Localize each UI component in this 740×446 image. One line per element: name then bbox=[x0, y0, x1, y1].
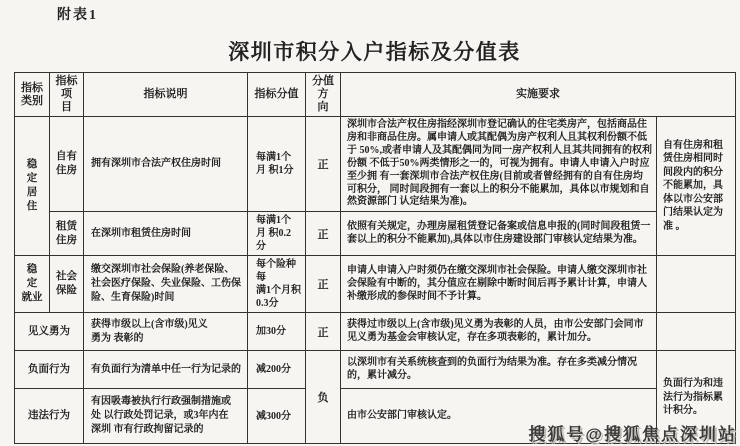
cell-category-negative-behavior: 负面行为 bbox=[15, 351, 84, 389]
cell-score: 减300分 bbox=[248, 389, 306, 444]
cell-requirement: 依照有关规定，办理房屋租赁登记备案或信息申报的(同时间段租赁一 套以上的积分不能… bbox=[341, 212, 657, 256]
cell-direction: 正 bbox=[306, 313, 341, 351]
table-row: 稳 定 居 住 自有 住房 拥有深圳市合法产权住房时间 每满1个 月 积1分 正… bbox=[15, 117, 736, 212]
score-table: 指标 类别 指标 项 目 指标说明 指标分值 分值 方 向 实施要求 稳 定 居… bbox=[14, 72, 736, 444]
cell-direction-negative: 负 bbox=[306, 351, 341, 444]
cell-description: 在深圳市租赁住房时间 bbox=[84, 212, 248, 256]
cell-direction: 正 bbox=[306, 256, 341, 313]
cell-requirement: 获得过市级以上(含市级)见义勇为表彰的人员，由市公安部门会同市 见义勇为基金会审… bbox=[341, 313, 657, 351]
cell-direction: 正 bbox=[306, 212, 341, 256]
cell-category-stable-employment: 稳 定 就业 bbox=[15, 256, 50, 313]
cell-category-stable-residence: 稳 定 居 住 bbox=[15, 117, 50, 256]
table-row: 见义勇为 获得市级以上(含市级)见义 勇为 表彰的 加30分 正 获得过市级以上… bbox=[15, 313, 736, 351]
table-row: 稳 定 就业 社会 保险 缴交深圳市社会保险(养老保险、社会医疗保险、失业保险、… bbox=[15, 256, 736, 313]
header-score: 指标分值 bbox=[248, 73, 306, 117]
cell-score: 每满1个 月 积0.2 分 bbox=[248, 212, 306, 256]
cell-item-social-insurance: 社会 保险 bbox=[50, 256, 84, 313]
cell-description: 拥有深圳市合法产权住房时间 bbox=[84, 117, 248, 212]
cell-score: 加30分 bbox=[248, 313, 306, 351]
cell-description: 缴交深圳市社会保险(养老保险、社会医疗保险、失业保险、工伤保险、生育保险)时间 bbox=[84, 256, 248, 313]
cell-note-empty bbox=[657, 256, 736, 313]
cell-note-housing: 自有住房和租赁住房相同时 间段内的积分 不能累加，具 体以市公安部 门结果认定为… bbox=[657, 117, 736, 256]
cell-score: 每个险种每 满1个月积 0.3分 bbox=[248, 256, 306, 313]
header-category: 指标 类别 bbox=[15, 73, 50, 117]
page-title: 深圳市积分入户指标及分值表 bbox=[14, 36, 735, 66]
cell-score: 减200分 bbox=[248, 351, 306, 389]
cell-requirement: 深圳市合法产权住房指经深圳市登记确认的住宅类房产，包括商品住房和非商品住房。属申… bbox=[341, 117, 657, 212]
cell-item-own-housing: 自有 住房 bbox=[50, 117, 84, 212]
cell-category-bravery: 见义勇为 bbox=[15, 313, 84, 351]
cell-requirement: 申请人申请入户时须仍在缴交深圳市社会保险。申请人缴交深圳市社会保险有中断的，其分… bbox=[341, 256, 657, 313]
cell-description: 获得市级以上(含市级)见义 勇为 表彰的 bbox=[84, 313, 248, 351]
cell-note-empty bbox=[657, 313, 736, 351]
sohu-watermark: 搜狐号@搜狐焦点深圳站 bbox=[528, 420, 737, 445]
header-row: 指标 类别 指标 项 目 指标说明 指标分值 分值 方 向 实施要求 bbox=[15, 73, 736, 117]
cell-item-rented-housing: 租赁 住房 bbox=[50, 212, 84, 256]
cell-direction: 正 bbox=[306, 117, 341, 212]
cell-description: 有负面行为清单中任一行为记录的 bbox=[84, 351, 248, 389]
cell-score: 每满1个 月 积1分 bbox=[248, 117, 306, 212]
header-item: 指标 项 目 bbox=[50, 73, 84, 117]
header-description: 指标说明 bbox=[84, 73, 248, 117]
header-requirement: 实施要求 bbox=[341, 73, 736, 117]
header-direction: 分值 方 向 bbox=[306, 73, 341, 117]
table-row: 租赁 住房 在深圳市租赁住房时间 每满1个 月 积0.2 分 正 依照有关规定，… bbox=[15, 212, 736, 256]
cell-category-illegal-behavior: 违法行为 bbox=[15, 389, 84, 444]
table-row: 负面行为 有负面行为清单中任一行为记录的 减200分 负 以深圳市有关系统核查到… bbox=[15, 351, 736, 389]
cell-requirement: 以深圳市有关系统核查到的负面行为结果为准。存在多类减分情况的，累计减分。 bbox=[341, 351, 657, 389]
cell-description: 有因吸毒被执行行政强制措施或 处 以行政处罚记录，或3年内在 深圳 市有行政拘留… bbox=[84, 389, 248, 444]
appendix-tag: 附表1 bbox=[57, 4, 98, 24]
